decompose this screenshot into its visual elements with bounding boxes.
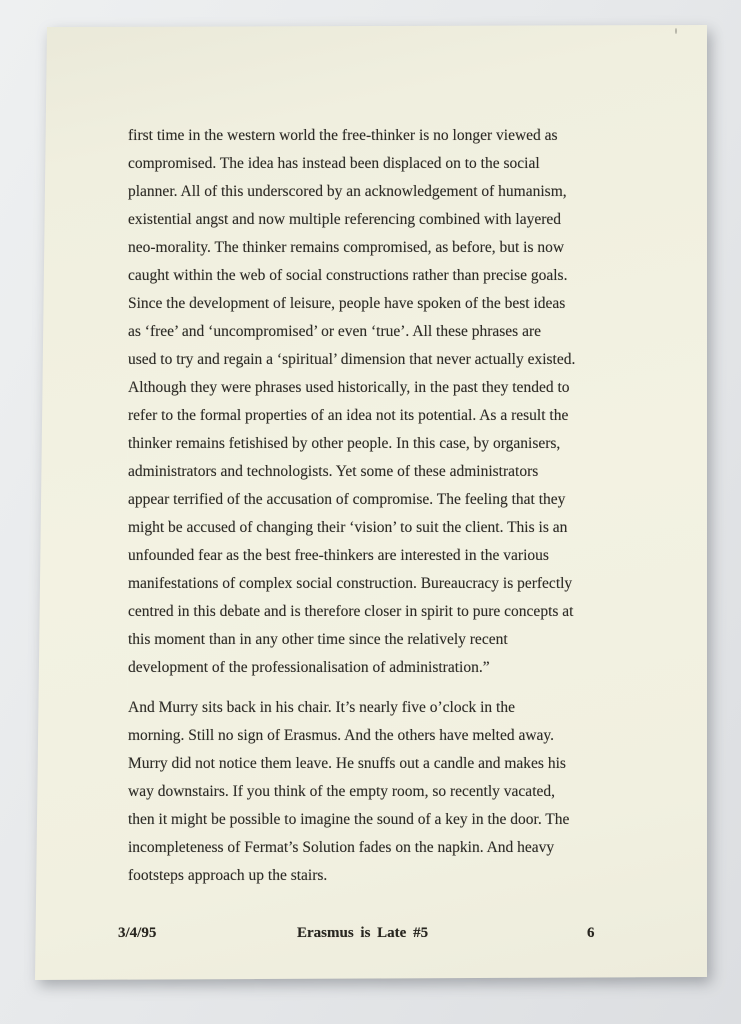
- text-line: Since the development of leisure, people…: [128, 290, 628, 318]
- text-line: incompleteness of Fermat’s Solution fade…: [128, 834, 628, 862]
- text-line: caught within the web of social construc…: [128, 262, 628, 290]
- paragraph-narrative: And Murry sits back in his chair. It’s n…: [128, 694, 628, 890]
- text-line: refer to the formal properties of an ide…: [128, 402, 628, 430]
- paper-surface: first time in the western world the free…: [35, 20, 708, 981]
- page-footer: 3/4/95 Erasmus is Late #5 6: [35, 925, 708, 953]
- text-line: morning. Still no sign of Erasmus. And t…: [128, 722, 628, 750]
- text-line: centred in this debate and is therefore …: [128, 598, 628, 626]
- text-line: first time in the western world the free…: [128, 122, 628, 150]
- footer-date: 3/4/95: [118, 925, 156, 942]
- footer-page-number: 6: [587, 925, 595, 942]
- footer-title: Erasmus is Late #5: [297, 925, 428, 942]
- text-line: Although they were phrases used historic…: [128, 374, 628, 402]
- manuscript-text: first time in the western world the free…: [128, 122, 628, 890]
- text-line: existential angst and now multiple refer…: [128, 206, 628, 234]
- paper-speck: [675, 28, 677, 34]
- text-line: way downstairs. If you think of the empt…: [128, 778, 628, 806]
- text-line: neo-morality. The thinker remains compro…: [128, 234, 628, 262]
- text-line: used to try and regain a ‘spiritual’ dim…: [128, 346, 628, 374]
- text-line: this moment than in any other time since…: [128, 626, 628, 654]
- text-line: appear terrified of the accusation of co…: [128, 486, 628, 514]
- text-line: administrators and technologists. Yet so…: [128, 458, 628, 486]
- text-line: thinker remains fetishised by other peop…: [128, 430, 628, 458]
- text-line: planner. All of this underscored by an a…: [128, 178, 628, 206]
- text-line: footsteps approach up the stairs.: [128, 862, 628, 890]
- text-line: might be accused of changing their ‘visi…: [128, 514, 628, 542]
- paper-sheet: first time in the western world the free…: [35, 20, 708, 981]
- photo-background: first time in the western world the free…: [0, 0, 741, 1024]
- paper-speck: [37, 982, 40, 985]
- text-line: then it might be possible to imagine the…: [128, 806, 628, 834]
- text-line: unfounded fear as the best free-thinkers…: [128, 542, 628, 570]
- text-line: development of the professionalisation o…: [128, 654, 628, 682]
- text-line: compromised. The idea has instead been d…: [128, 150, 628, 178]
- text-line: manifestations of complex social constru…: [128, 570, 628, 598]
- text-line: And Murry sits back in his chair. It’s n…: [128, 694, 628, 722]
- text-line: as ‘free’ and ‘uncompromised’ or even ‘t…: [128, 318, 628, 346]
- text-line: Murry did not notice them leave. He snuf…: [128, 750, 628, 778]
- paragraph-quote: first time in the western world the free…: [128, 122, 628, 682]
